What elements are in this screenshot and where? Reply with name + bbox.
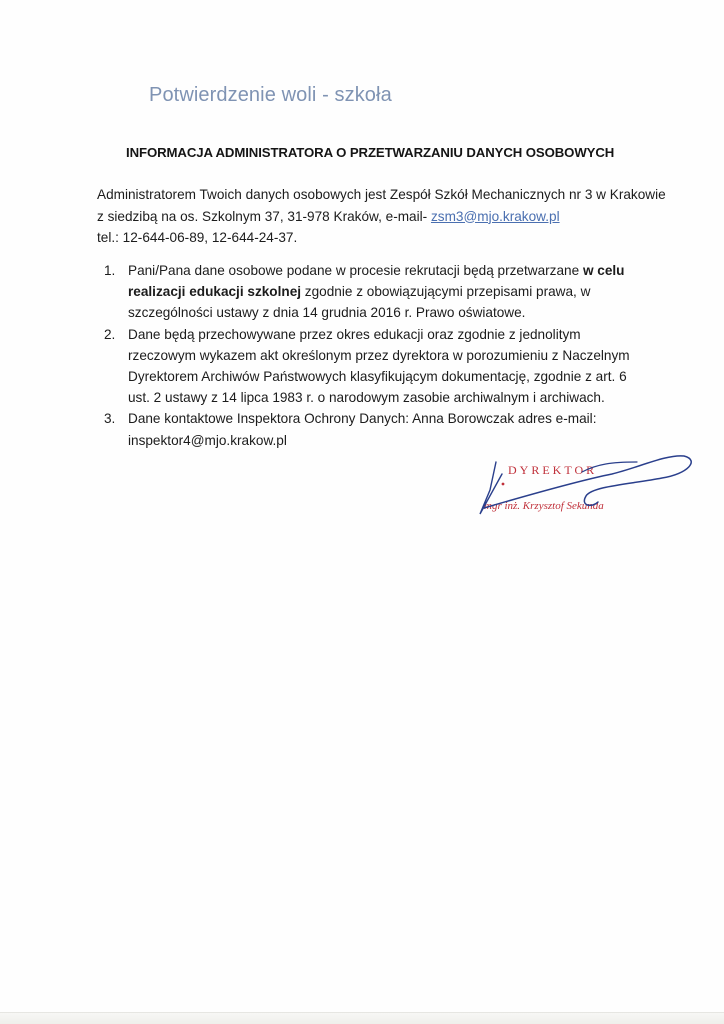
list-item: 1. Pani/Pana dane osobowe podane w proce… [97,260,657,324]
list-item-number: 2. [104,324,115,345]
document-title: Potwierdzenie woli - szkoła [149,84,392,107]
list-item-bold-text: w celu [583,263,625,278]
list-item-text: zgodnie z obowiązującymi przepisami praw… [301,284,590,299]
list-item-line: rzeczowym wykazem akt określonym przez d… [128,345,657,366]
intro-line-2: z siedzibą na os. Szkolnym 37, 31-978 Kr… [97,206,657,228]
list-item: 2. Dane będą przechowywane przez okres e… [97,324,657,409]
director-signature-stamp: DYREKTOR mgr inż. Krzysztof Sekunda [462,444,702,524]
administrator-info-paragraph: Administratorem Twoich danych osobowych … [97,184,657,249]
handwritten-signature-icon [462,444,702,524]
list-item-bold-text: realizacji edukacji szkolnej [128,284,301,299]
intro-address-text: z siedzibą na os. Szkolnym 37, 31-978 Kr… [97,209,431,224]
section-heading: INFORMACJA ADMINISTRATORA O PRZETWARZANI… [126,145,614,160]
list-item-line: Dane będą przechowywane przez okres eduk… [128,324,657,345]
document-page: Potwierdzenie woli - szkoła INFORMACJA A… [0,0,724,1024]
intro-line-3: tel.: 12-644-06-89, 12-644-24-37. [97,227,657,249]
school-email-link[interactable]: zsm3@mjo.krakow.pl [431,209,560,224]
intro-line-1: Administratorem Twoich danych osobowych … [97,184,657,206]
list-item-line: realizacji edukacji szkolnej zgodnie z o… [128,281,657,302]
list-item-line: ust. 2 ustawy z 14 lipca 1983 r. o narod… [128,387,657,408]
list-item-number: 3. [104,408,115,429]
page-bottom-edge [0,1012,724,1024]
list-item-line: Dyrektorem Archiwów Państwowych klasyfik… [128,366,657,387]
list-item-line: Pani/Pana dane osobowe podane w procesie… [128,260,657,281]
list-item-line: szczególności ustawy z dnia 14 grudnia 2… [128,302,657,323]
list-item-number: 1. [104,260,115,281]
list-item-text: Pani/Pana dane osobowe podane w procesie… [128,263,583,278]
list-item-line: Dane kontaktowe Inspektora Ochrony Danyc… [128,408,657,429]
numbered-list: 1. Pani/Pana dane osobowe podane w proce… [97,260,657,451]
